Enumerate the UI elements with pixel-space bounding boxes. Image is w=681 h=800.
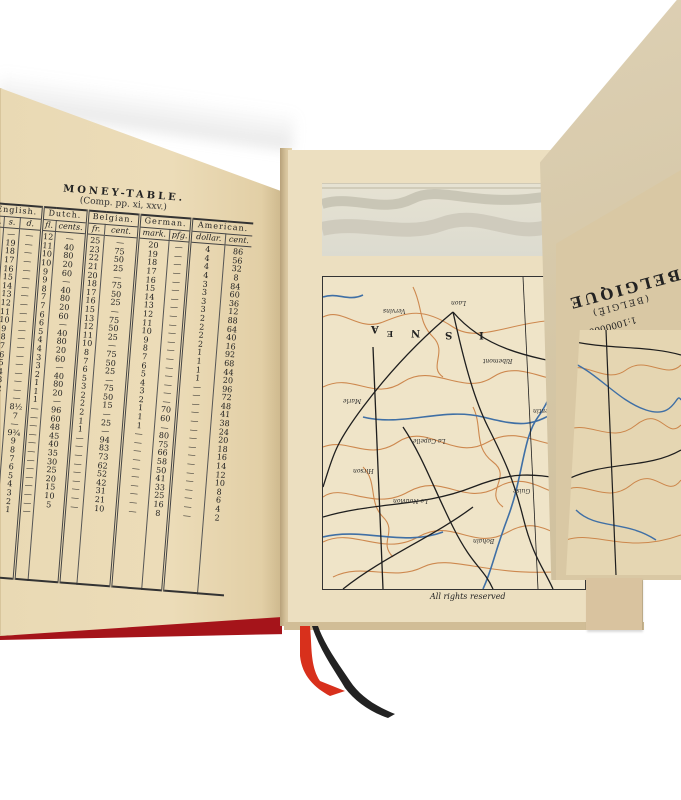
black-ribbon-icon	[312, 626, 395, 718]
map-region-letter: E	[385, 329, 393, 339]
map-region-letter: S	[443, 329, 452, 340]
book-photo: MONEY-TABLE. (Comp. pp. xi, xxv.) Englis…	[0, 0, 681, 800]
map-region-letter: I	[477, 329, 484, 340]
map-town-label: Le Nouvion	[393, 497, 428, 504]
bookmark-ribbons	[290, 626, 410, 726]
map-region-letter: A	[369, 323, 379, 334]
map-town-label: Marle	[343, 397, 361, 404]
map-town-label: Guise	[513, 487, 530, 494]
map-town-label: Bohain	[473, 537, 494, 544]
map-town-label: Vervins	[383, 307, 405, 314]
foldout-flap	[586, 578, 642, 630]
map-town-label: Hirson	[353, 467, 374, 474]
map-town-label: Laon	[451, 299, 466, 306]
map-town-label: La Capelle	[413, 437, 445, 444]
red-ribbon-icon	[300, 626, 345, 696]
money-table-grid: English. Dutch. Belgian. German. America…	[0, 202, 253, 596]
map-town-label: Ribemont	[483, 357, 512, 364]
rights-reserved-caption: All rights reserved	[430, 592, 506, 601]
money-table: MONEY-TABLE. (Comp. pp. xi, xxv.) Englis…	[0, 178, 255, 596]
map-region-letter: N	[409, 327, 420, 338]
foldout-map-section	[566, 330, 681, 575]
faded-map-strip	[322, 183, 550, 256]
